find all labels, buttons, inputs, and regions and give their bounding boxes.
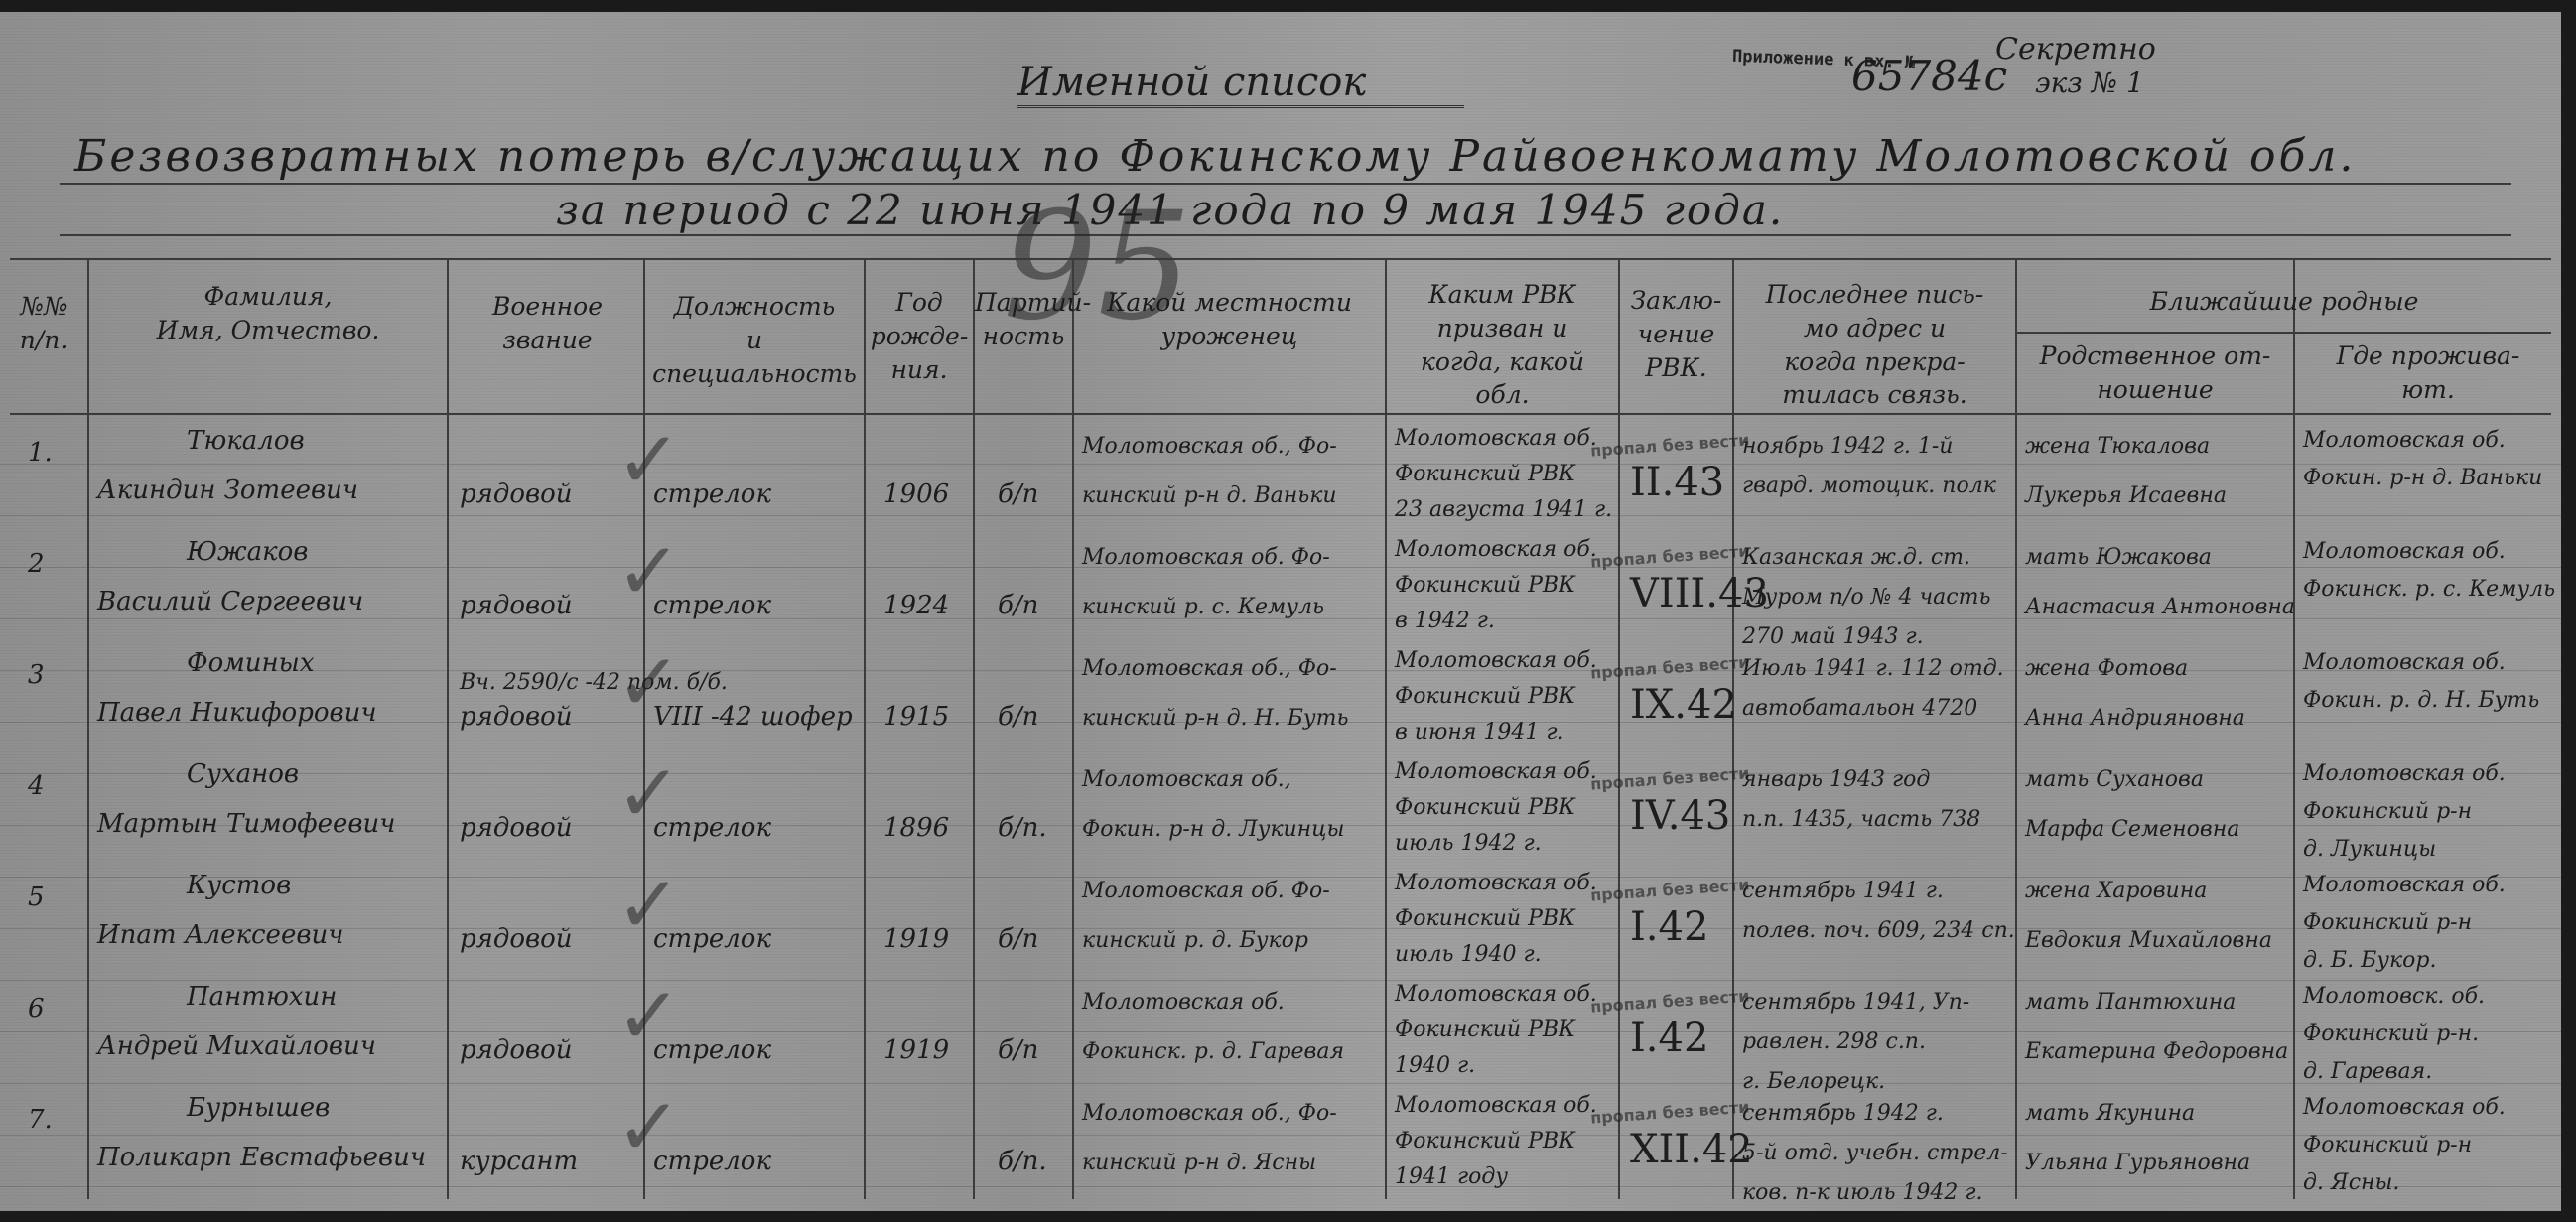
given-names: Ипат Алексеевич	[97, 920, 343, 950]
checkmark-icon: ✓	[615, 636, 682, 729]
last-letter-line: Июль 1941 г. 112 отд.	[1742, 656, 2004, 681]
checkmark-icon: ✓	[615, 859, 682, 951]
residence-line: д. Гаревая.	[2303, 1059, 2432, 1084]
last-letter-line: г. Белорецк.	[1742, 1069, 1885, 1094]
position: VIII -42 шофер	[653, 702, 853, 732]
subtitle-rule-1	[60, 183, 2511, 185]
draft-info-line: Молотовская об.	[1395, 1093, 1597, 1118]
header-birth_year: Год рожде- ния.	[866, 286, 973, 386]
column-divider	[87, 258, 89, 1199]
conclusion-date: I.42	[1630, 1016, 1708, 1061]
document-title: Именной список	[1017, 60, 1366, 105]
draft-info-line: в 1942 г.	[1395, 609, 1495, 633]
column-divider	[864, 258, 866, 1199]
header-name: Фамилия, Имя, Отчество.	[89, 280, 447, 347]
birthplace-line: Молотовская об.	[1082, 990, 1285, 1015]
birthplace-line: кинский р-н д. Ваньки	[1082, 483, 1337, 508]
header-relatives_group: Ближайшие родные	[2017, 285, 2551, 319]
ruled-line	[0, 877, 2561, 878]
residence-line: Фокинский р-н.	[2303, 1021, 2479, 1046]
residence-line: д. Лукинцы	[2303, 837, 2436, 862]
last-letter-line: автобатальон 4720	[1742, 696, 1977, 721]
scanned-document: Именной список Приложение к вх. № 65784с…	[0, 12, 2561, 1211]
copy-number: экз № 1	[2035, 67, 2144, 99]
reference-number: 65784с	[1851, 52, 2007, 100]
header-num: №№ п/п.	[0, 290, 87, 357]
conclusion-date: IX.42	[1630, 682, 1737, 728]
surname: Тюкалов	[187, 426, 305, 456]
header-position: Должность и специальность	[645, 290, 864, 390]
last-letter-line: январь 1943 год	[1742, 767, 1930, 792]
last-letter-line: сентябрь 1941 г.	[1742, 879, 1944, 903]
birthplace-line: Молотовская об. Фо-	[1082, 545, 1330, 570]
party-status: б/п	[998, 591, 1038, 620]
residence-line: Фокинский р-н	[2303, 799, 2472, 824]
last-letter-line: Казанская ж.д. ст.	[1742, 545, 1970, 570]
relative-line: Ульяна Гурьяновна	[2025, 1151, 2250, 1175]
birthplace-line: Фокин. р-н д. Лукинцы	[1082, 817, 1344, 842]
row-number: 2	[28, 549, 45, 579]
relative-line: мать Южакова	[2025, 545, 2212, 570]
last-letter-line: ков. п-к июль 1942 г.	[1742, 1180, 1983, 1205]
header-conclusion: Заклю- чение РВК.	[1620, 284, 1732, 384]
surname: Суханов	[187, 759, 299, 789]
military-rank: курсант	[460, 1147, 578, 1176]
residence-line: Молотовская об.	[2303, 650, 2506, 675]
given-names: Андрей Михайлович	[97, 1031, 376, 1061]
last-letter-line: Муром п/о № 4 часть	[1742, 585, 1990, 610]
last-letter-line: ноябрь 1942 г. 1-й	[1742, 434, 1953, 459]
document-subtitle-line1: Безвозвратных потерь в/служащих по Фокин…	[74, 131, 2356, 182]
missing-in-action-stamp: пропал без вести	[1590, 875, 1750, 904]
conclusion-date: II.43	[1630, 460, 1724, 505]
header-birthplace: Какой местности уроженец	[1074, 286, 1385, 353]
party-status: б/п	[998, 702, 1038, 732]
draft-info-line: Молотовская об.	[1395, 648, 1597, 673]
given-names: Василий Сергеевич	[97, 587, 363, 616]
given-names: Павел Никифорович	[97, 698, 377, 728]
draft-info-line: Фокинский РВК	[1395, 462, 1575, 486]
birthplace-line: Фокинск. р. д. Гаревая	[1082, 1039, 1344, 1064]
ruled-line	[0, 980, 2561, 981]
residence-line: Молотовск. об.	[2303, 984, 2485, 1009]
surname: Южаков	[187, 537, 308, 567]
header-rule	[10, 413, 2551, 415]
party-status: б/п	[998, 479, 1038, 509]
draft-info-line: 23 августа 1941 г.	[1395, 497, 1612, 522]
conclusion-date: IV.43	[1630, 793, 1730, 839]
military-rank: рядовой	[460, 924, 573, 954]
birth-year: 1906	[883, 479, 949, 509]
row-number: 3	[28, 660, 45, 690]
draft-info-line: 1940 г.	[1395, 1053, 1475, 1078]
last-letter-line: 5-й отд. учебн. стрел-	[1742, 1141, 2008, 1165]
birthplace-line: кинский р-н д. Н. Буть	[1082, 706, 1348, 731]
birthplace-line: Молотовская об., Фо-	[1082, 1101, 1337, 1126]
draft-info-line: Молотовская об.	[1395, 426, 1597, 451]
relative-line: жена Харовина	[2025, 879, 2207, 903]
draft-info-line: июль 1940 г.	[1395, 942, 1542, 967]
checkmark-icon: ✓	[615, 970, 682, 1062]
birth-year: 1924	[883, 591, 949, 620]
draft-info-line: в июня 1941 г.	[1395, 720, 1563, 745]
rank-note: Вч. 2590/с -42 пом. б/б.	[460, 670, 728, 695]
relative-line: Евдокия Михайловна	[2025, 928, 2272, 953]
residence-line: Молотовская об.	[2303, 1095, 2506, 1120]
header-draft: Каким РВК призван и когда, какой обл.	[1387, 278, 1618, 412]
checkmark-icon: ✓	[615, 414, 682, 506]
ruled-line	[0, 1031, 2561, 1032]
missing-in-action-stamp: пропал без вести	[1590, 652, 1750, 682]
relative-line: Анна Андрияновна	[2025, 706, 2245, 731]
draft-info-line: Фокинский РВК	[1395, 795, 1575, 820]
missing-in-action-stamp: пропал без вести	[1590, 1097, 1750, 1127]
residence-line: д. Ясны.	[2303, 1170, 2399, 1195]
party-status: б/п	[998, 924, 1038, 954]
residence-line: Фокин. р-н д. Ваньки	[2303, 466, 2542, 490]
residence-line: Фокин. р. д. Н. Буть	[2303, 688, 2539, 713]
row-number: 7.	[28, 1105, 53, 1135]
draft-info-line: Молотовская об.	[1395, 982, 1597, 1007]
relative-line: Лукерья Исаевна	[2025, 483, 2227, 508]
last-letter-line: гвард. мотоцик. полк	[1742, 474, 1996, 498]
birth-year: 1896	[883, 813, 949, 843]
relative-line: Анастасия Антоновна	[2025, 595, 2295, 619]
row-number: 5	[28, 883, 45, 912]
residence-line: д. Б. Букор.	[2303, 948, 2436, 973]
surname: Фоминых	[187, 648, 315, 678]
last-letter-line: п.п. 1435, часть 738	[1742, 807, 1980, 832]
row-number: 1.	[28, 438, 53, 468]
conclusion-date: I.42	[1630, 904, 1708, 950]
given-names: Мартын Тимофеевич	[97, 809, 395, 839]
header-rank: Военное звание	[452, 290, 643, 357]
draft-info-line: Фокинский РВК	[1395, 1018, 1575, 1042]
residence-line: Фокинский р-н	[2303, 1133, 2472, 1157]
military-rank: рядовой	[460, 479, 573, 509]
draft-info-line: Молотовская об.	[1395, 759, 1597, 784]
last-letter-line: полев. поч. 609, 234 сп.	[1742, 918, 2015, 943]
header-residence: Где прожива- ют.	[2295, 339, 2561, 407]
party-status: б/п	[998, 1035, 1038, 1065]
title-underline	[1017, 105, 1464, 111]
ruled-line	[0, 1186, 2561, 1187]
given-names: Поликарп Евстафьевич	[97, 1143, 426, 1172]
residence-line: Фокинский р-н	[2303, 910, 2472, 935]
conclusion-date: XII.42	[1630, 1127, 1753, 1172]
header-rule	[10, 258, 2551, 260]
residence-line: Молотовская об.	[2303, 428, 2506, 453]
birthplace-line: кинский р. с. Кемуль	[1082, 595, 1324, 619]
draft-info-line: Молотовская об.	[1395, 871, 1597, 895]
classification-mark: Секретно	[1995, 32, 2156, 67]
surname: Пантюхин	[187, 982, 337, 1012]
residence-line: Молотовская об.	[2303, 873, 2506, 897]
draft-info-line: Фокинский РВК	[1395, 573, 1575, 598]
relative-line: мать Якунина	[2025, 1101, 2195, 1126]
missing-in-action-stamp: пропал без вести	[1590, 763, 1750, 793]
relative-line: Екатерина Федоровна	[2025, 1039, 2288, 1064]
birth-year: 1919	[883, 1035, 949, 1065]
draft-info-line: Молотовская об.	[1395, 537, 1597, 562]
birthplace-line: Молотовская об.,	[1082, 767, 1291, 792]
header-party: Партий- ность	[975, 286, 1072, 353]
ruled-line	[0, 464, 2561, 465]
draft-info-line: Фокинский РВК	[1395, 906, 1575, 931]
birthplace-line: кинский р-н д. Ясны	[1082, 1151, 1316, 1175]
checkmark-icon: ✓	[615, 525, 682, 617]
last-letter-line: сентябрь 1941, Уп-	[1742, 990, 1969, 1015]
ruled-line	[0, 1083, 2561, 1084]
last-letter-line: 270 май 1943 г.	[1742, 624, 1924, 649]
birthplace-line: Молотовская об., Фо-	[1082, 434, 1337, 459]
birth-year: 1915	[883, 702, 949, 732]
column-divider	[1618, 258, 1620, 1199]
missing-in-action-stamp: пропал без вести	[1590, 986, 1750, 1016]
relative-line: жена Тюкалова	[2025, 434, 2210, 459]
ruled-line	[0, 515, 2561, 516]
draft-info-line: 1941 году	[1395, 1164, 1508, 1189]
party-status: б/п.	[998, 813, 1047, 843]
checkmark-icon: ✓	[615, 747, 682, 840]
draft-info-line: июль 1942 г.	[1395, 831, 1542, 856]
military-rank: рядовой	[460, 591, 573, 620]
relative-line: мать Суханова	[2025, 767, 2204, 792]
header-last_letter: Последнее пись- мо адрес и когда прекра-…	[1734, 278, 2015, 412]
draft-info-line: Фокинский РВК	[1395, 1129, 1575, 1154]
residence-line: Молотовская об.	[2303, 761, 2506, 786]
header-relation: Родственное от- ношение	[2017, 339, 2293, 407]
relative-line: Марфа Семеновна	[2025, 817, 2239, 842]
military-rank: рядовой	[460, 813, 573, 843]
surname: Бурнышев	[187, 1093, 330, 1123]
row-number: 4	[28, 771, 45, 801]
party-status: б/п.	[998, 1147, 1047, 1176]
birthplace-line: кинский р. д. Букор	[1082, 928, 1308, 953]
last-letter-line: сентябрь 1942 г.	[1742, 1101, 1944, 1126]
relative-line: жена Фотова	[2025, 656, 2188, 681]
ruled-line	[0, 1135, 2561, 1136]
column-divider	[973, 258, 975, 1199]
subtitle-rule-2	[60, 234, 2511, 236]
relatives-subheader-rule	[2015, 332, 2551, 334]
birthplace-line: Молотовская об. Фо-	[1082, 879, 1330, 903]
row-number: 6	[28, 994, 45, 1023]
column-divider	[1072, 258, 1074, 1199]
draft-info-line: Фокинский РВК	[1395, 684, 1575, 709]
checkmark-icon: ✓	[615, 1081, 682, 1173]
military-rank: рядовой	[460, 702, 573, 732]
military-rank: рядовой	[460, 1035, 573, 1065]
birthplace-line: Молотовская об., Фо-	[1082, 656, 1337, 681]
column-divider	[447, 258, 449, 1199]
residence-line: Фокинск. р. с. Кемуль	[2303, 577, 2555, 602]
given-names: Акиндин Зотеевич	[97, 475, 358, 505]
missing-in-action-stamp: пропал без вести	[1590, 430, 1750, 460]
surname: Кустов	[187, 871, 291, 900]
birth-year: 1919	[883, 924, 949, 954]
residence-line: Молотовская об.	[2303, 539, 2506, 564]
last-letter-line: равлен. 298 с.п.	[1742, 1029, 1926, 1054]
relative-line: мать Пантюхина	[2025, 990, 2236, 1015]
